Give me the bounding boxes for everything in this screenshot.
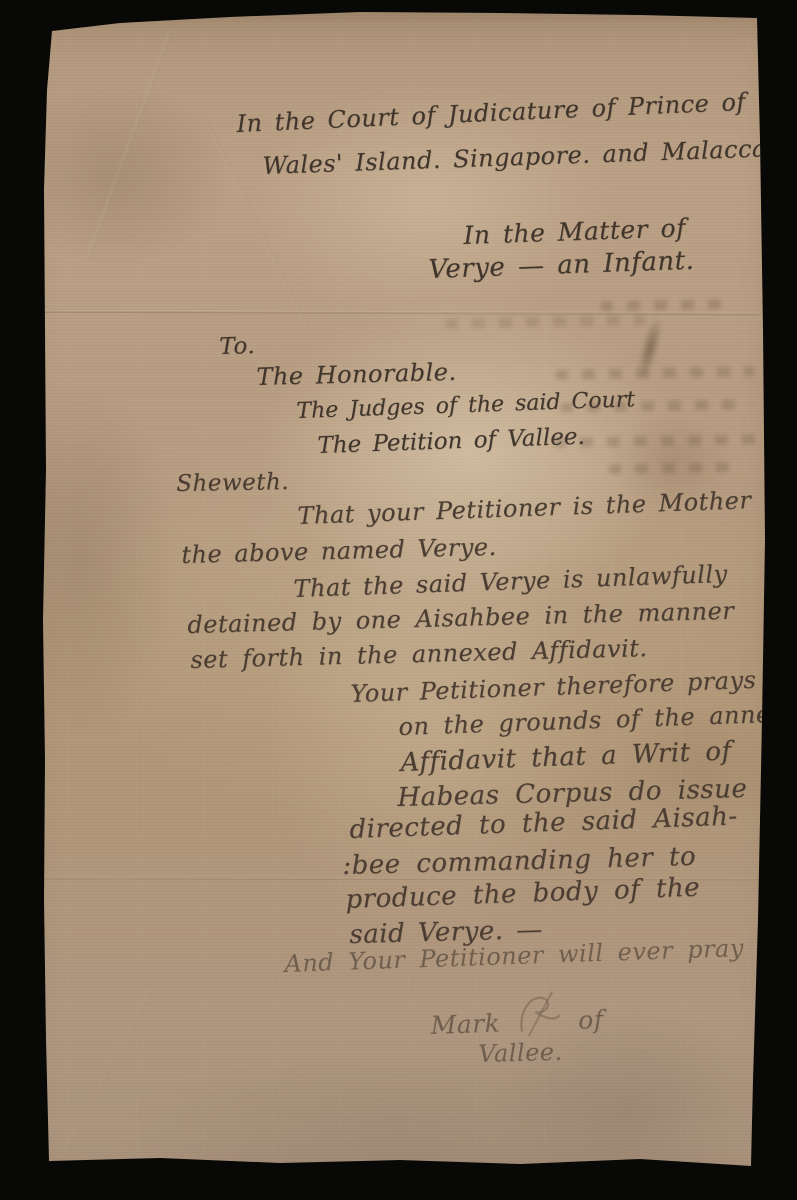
paper-sheet: In the Court of Judicature of Prince of … [0, 0, 797, 1200]
edge-vignette [0, 0, 797, 1200]
document-photo: In the Court of Judicature of Prince of … [0, 0, 797, 1200]
